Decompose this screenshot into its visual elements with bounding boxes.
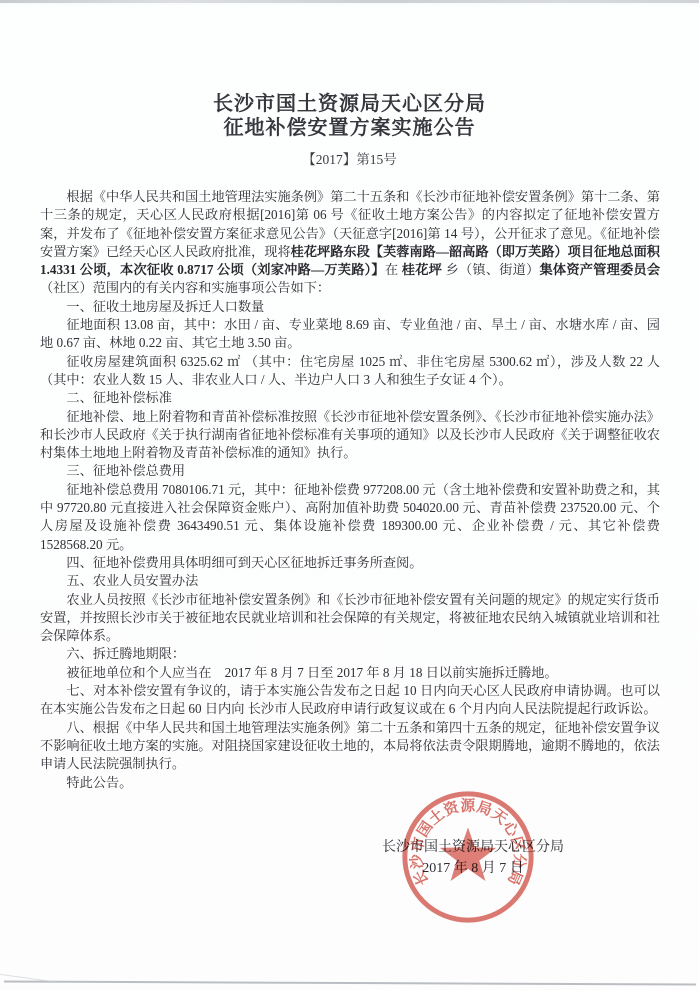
paragraph: 一、征收土地房屋及拆迁人口数量: [40, 298, 660, 316]
text-run: 农业人员按照《长沙市征地补偿安置条例》和《长沙市征地补偿安置有关问题的规定》的规…: [40, 592, 660, 644]
text-run: 集体资产管理委员会: [540, 262, 661, 277]
text-run: 七、对本补偿安置有争议的，请于本实施公告发布之日起 10 日内向天心区人民政府申…: [40, 683, 660, 716]
official-seal: 长沙市国土资源局天心区分局: [394, 783, 542, 931]
text-run: 一、征收土地房屋及拆迁人口数量: [66, 299, 264, 314]
paragraph: 被征地单位和个人应当在 2017 年 8 月 7 日至 2017 年 8 月 1…: [40, 664, 660, 682]
document-body: 根据《中华人民共和国土地管理法实施条例》第二十五条和《长沙市征地补偿安置条例》第…: [40, 188, 660, 792]
paragraph: 三、征地补偿总费用: [40, 462, 660, 480]
text-run: 四、征地补偿费用具体明细可到天心区征地拆迁事务所查阅。: [66, 555, 422, 570]
paragraph: 征收房屋建筑面积 6325.62 ㎡ （其中：住宅房屋 1025 ㎡、非住宅房屋…: [40, 353, 660, 390]
text-run: 桂花坪: [402, 262, 442, 277]
text-run: 征收房屋建筑面积 6325.62 ㎡ （其中：住宅房屋 1025 ㎡、非住宅房屋…: [40, 354, 660, 387]
paragraph: 六、拆迁腾地期限：: [40, 645, 660, 663]
star-icon: [440, 827, 496, 881]
document-title: 长沙市国土资源局天心区分局 征地补偿安置方案实施公告: [0, 92, 699, 140]
text-run: 特此公告。: [66, 775, 132, 790]
text-run: 征地补偿、地上附着物和青苗补偿标准按照《长沙市征地补偿安置条例》、《长沙市征地补…: [40, 409, 660, 461]
paragraph: 征地补偿总费用 7080106.71 元，其中：征地补偿费 977208.00 …: [40, 481, 660, 554]
paragraph: 农业人员按照《长沙市征地补偿安置条例》和《长沙市征地补偿安置有关问题的规定》的规…: [40, 591, 660, 646]
paragraph: 四、征地补偿费用具体明细可到天心区征地拆迁事务所查阅。: [40, 554, 660, 572]
scanned-page: 长沙市国土资源局天心区分局 征地补偿安置方案实施公告 【2017】第15号 根据…: [0, 0, 699, 990]
paragraph: 征地补偿、地上附着物和青苗补偿标准按照《长沙市征地补偿安置条例》、《长沙市征地补…: [40, 408, 660, 463]
text-run: 在: [385, 262, 402, 277]
document-number: 【2017】第15号: [0, 148, 699, 168]
text-run: （社区）范围内的有关内容和实施事项公告如下：: [40, 280, 330, 295]
text-run: 征地补偿总费用 7080106.71 元，其中：征地补偿费 977208.00 …: [40, 482, 660, 552]
paragraph: 根据《中华人民共和国土地管理法实施条例》第二十五条和《长沙市征地补偿安置条例》第…: [40, 188, 660, 298]
scan-edge-bottom: [4, 980, 696, 985]
paragraph: 征地面积 13.08 亩，其中：水田 / 亩、专业菜地 8.69 亩、专业鱼池 …: [40, 316, 660, 353]
paragraph: 特此公告。: [40, 774, 660, 792]
text-run: 五、农业人员安置办法: [66, 573, 198, 588]
text-run: 乡（镇、街道）: [442, 262, 539, 277]
paragraph: 五、农业人员安置办法: [40, 572, 660, 590]
paragraph: 七、对本补偿安置有争议的，请于本实施公告发布之日起 10 日内向天心区人民政府申…: [40, 682, 660, 719]
text-run: 征地面积 13.08 亩，其中：水田 / 亩、专业菜地 8.69 亩、专业鱼池 …: [40, 317, 660, 350]
text-run: 被征地单位和个人应当在 2017 年 8 月 7 日至 2017 年 8 月 1…: [66, 665, 557, 680]
scan-edge-top: [0, 0, 699, 3]
text-run: 三、征地补偿总费用: [66, 463, 185, 478]
text-run: 八、根据《中华人民共和国土地管理法实施条例》第二十五条和第四十五条的规定，征地补…: [40, 720, 660, 772]
title-line-2: 征地补偿安置方案实施公告: [0, 116, 699, 140]
text-run: 二、征地补偿标准: [66, 390, 172, 405]
text-run: 六、拆迁腾地期限：: [66, 646, 185, 661]
title-line-1: 长沙市国土资源局天心区分局: [0, 92, 699, 116]
paragraph: 二、征地补偿标准: [40, 389, 660, 407]
seal-graphic: 长沙市国土资源局天心区分局: [394, 783, 542, 931]
paragraph: 八、根据《中华人民共和国土地管理法实施条例》第二十五条和第四十五条的规定，征地补…: [40, 719, 660, 774]
